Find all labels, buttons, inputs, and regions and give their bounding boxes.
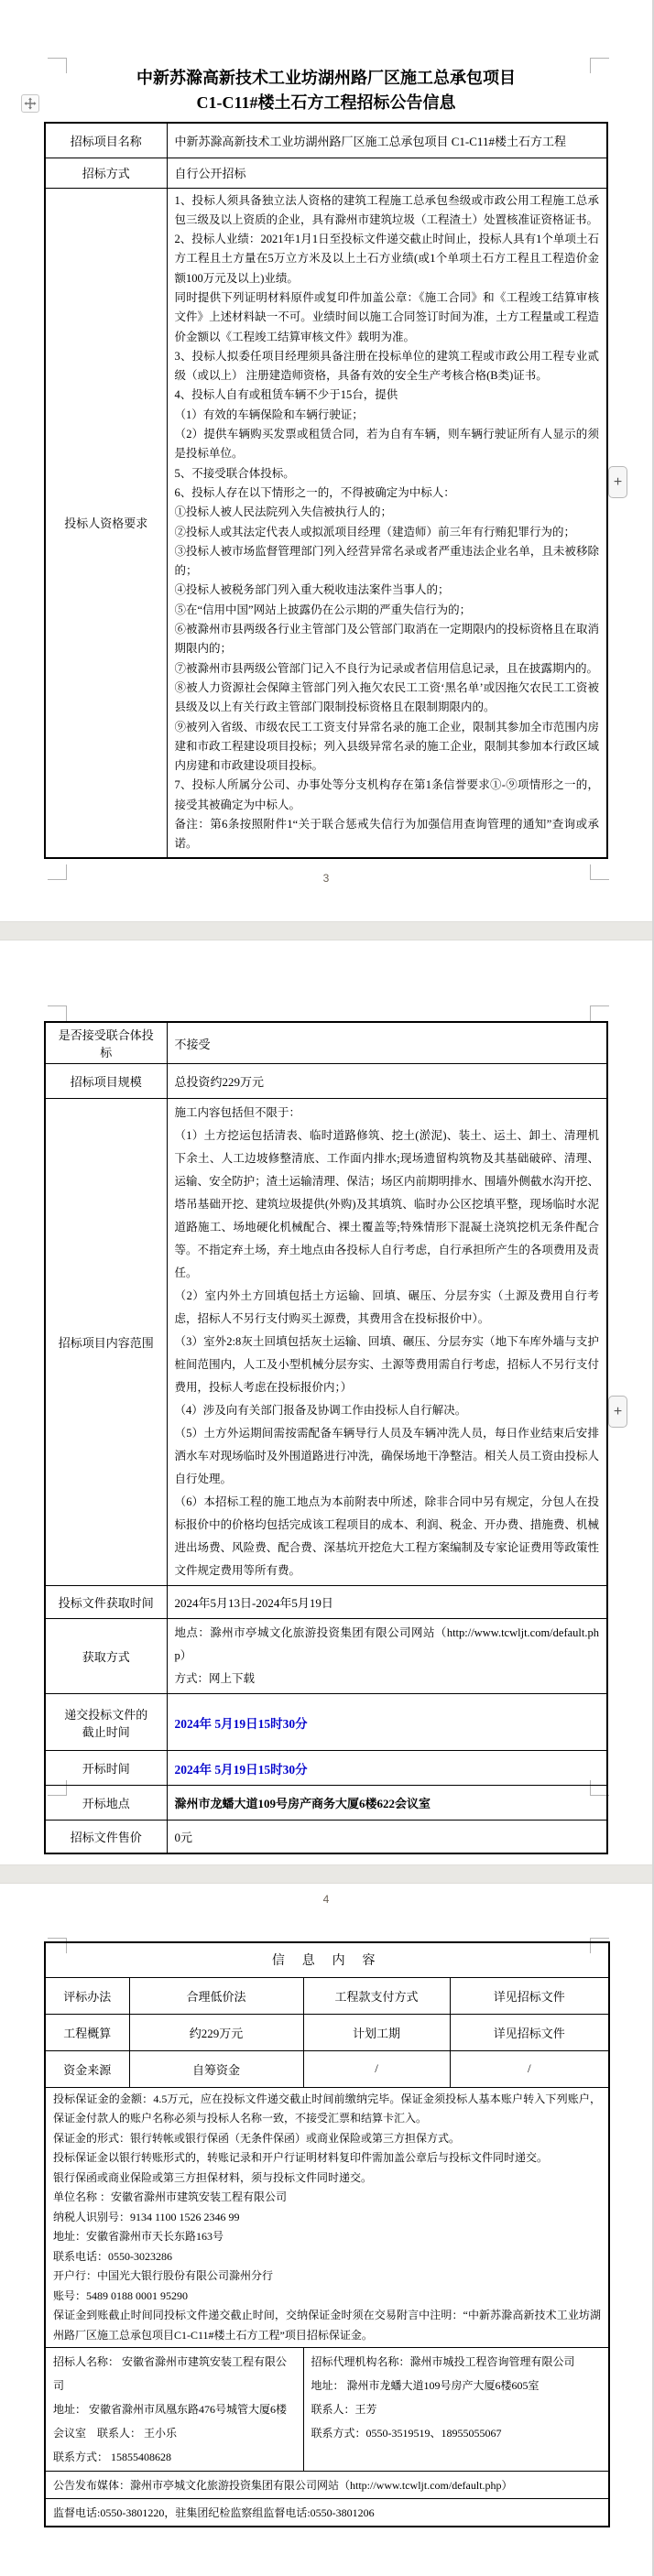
paragraph: 地址： 安徽省滁州市凤凰东路476号城管大厦6楼会议室 联系人： 王小乐 bbox=[53, 2397, 296, 2445]
paragraph: 开户行：中国光大银行股份有限公司滁州分行 bbox=[53, 2266, 601, 2287]
paragraph: 备注：第6条按照附件1“关于联合惩戒失信行为加强信用查询管理的通知”查询或承诺。 bbox=[175, 815, 600, 854]
paragraph: 投标保证金的金额：4.5万元，应在投标文件递交截止时间前缴纳完毕。保证金须投标人… bbox=[53, 2090, 601, 2129]
expand-plus-button-2[interactable]: + bbox=[608, 1396, 627, 1428]
paragraph: （4）涉及向有关部门报备及协调工作由投标人自行解决。 bbox=[175, 1399, 600, 1422]
paragraph: 方式：网上下载 bbox=[175, 1668, 600, 1690]
paragraph: 联系人：王芳 bbox=[311, 2397, 602, 2421]
page-separator-1 bbox=[0, 921, 654, 940]
payment-method-label: 工程款支付方式 bbox=[303, 1977, 450, 2014]
paragraph: ②投标人或其法定代表人或拟派项目经理（建造师）前三年有行贿犯罪行为的； bbox=[175, 523, 600, 542]
page-number-4: 4 bbox=[44, 1893, 608, 1906]
paragraph: 地址： 滁州市龙蟠大道109号房产大厦6楼605室 bbox=[311, 2374, 602, 2397]
paragraph: 地址：安徽省滁州市天长东路163号 bbox=[53, 2227, 601, 2247]
paragraph: （1）土方挖运包括清表、临时道路修筑、挖土(淤泥)、装土、运土、卸土、清理机下余… bbox=[175, 1125, 600, 1285]
paragraph: （2）提供车辆购买发票或租赁合同，若为自有车辆，则车辆行驶证所有人显示的须是投标… bbox=[175, 425, 600, 464]
row-scope: 招标项目内容范围 施工内容包括但不限于：（1）土方挖运包括清表、临时道路修筑、挖… bbox=[45, 1099, 607, 1586]
project-name-label: 招标项目名称 bbox=[45, 123, 167, 158]
paragraph: ⑧被人力资源社会保障主管部门列入拖欠农民工工资‘黑名单’或因拖欠农民工工资被县级… bbox=[175, 679, 600, 718]
tender-method-label: 招标方式 bbox=[45, 158, 167, 188]
row-supervision-phone: 监督电话:0550-3801220，驻集团纪检监察组监督电话:0550-3801… bbox=[45, 2499, 609, 2527]
schedule-value: 详见招标文件 bbox=[450, 2014, 609, 2050]
paragraph: ①投标人被人民法院列入失信被执行人的； bbox=[175, 503, 600, 522]
paragraph: 联系电话：0550-3023286 bbox=[53, 2247, 601, 2267]
bidder-qualification-label: 投标人资格要求 bbox=[45, 188, 167, 858]
info-header: 信 息 内 容 bbox=[45, 1942, 609, 1977]
obtain-method-value: 地点：滁州市亭城文化旅游投资集团有限公司网站（http://www.tcwljt… bbox=[167, 1619, 607, 1694]
submission-deadline-label: 递交投标文件的截止时间 bbox=[45, 1694, 167, 1751]
bidder-info: 招标人名称： 安徽省滁州市建筑安装工程有限公司地址： 安徽省滁州市凤凰东路476… bbox=[45, 2348, 303, 2472]
funding-slash-2: / bbox=[450, 2050, 609, 2087]
tender-details-table: 是否接受联合体投标 不接受 招标项目规模 总投资约229万元 招标项目内容范围 … bbox=[44, 1021, 608, 1854]
table-move-handle[interactable] bbox=[21, 94, 39, 113]
opening-time-label: 开标时间 bbox=[45, 1751, 167, 1786]
budget-value: 约229万元 bbox=[129, 2014, 303, 2050]
paragraph: （1）有效的车辆保险和车辆行驶证； bbox=[175, 406, 600, 425]
row-joint-venture: 是否接受联合体投标 不接受 bbox=[45, 1022, 607, 1064]
paragraph: 保证金到账截止时间同投标文件递交截止时间，交纳保证金时须在交易附言中注明：“中新… bbox=[53, 2306, 601, 2345]
row-bidder-qualification: 投标人资格要求 1、投标人须具备独立法人资格的建筑工程施工总承包叁级或市政公用工… bbox=[45, 188, 607, 858]
row-submission-deadline: 递交投标文件的截止时间 2024年 5月19日15时30分 bbox=[45, 1694, 607, 1751]
paragraph: 地点：滁州市亭城文化旅游投资集团有限公司网站（http://www.tcwljt… bbox=[175, 1622, 600, 1668]
paragraph: 投标保证金以银行转账形式的，转账记录和开户行证明材料复印件需加盖公章后与投标文件… bbox=[53, 2148, 601, 2168]
funding-slash-1: / bbox=[303, 2050, 450, 2087]
deposit-content: 投标保证金的金额：4.5万元，应在投标文件递交截止时间前缴纳完毕。保证金须投标人… bbox=[45, 2087, 609, 2348]
budget-label: 工程概算 bbox=[45, 2014, 129, 2050]
opening-place-value: 滁州市龙蟠大道109号房产商务大厦6楼622会议室 bbox=[167, 1786, 607, 1821]
paragraph: ⑨被列入省级、市级农民工工资支付异常名录的施工企业，限制其参加全市范围内房建和市… bbox=[175, 718, 600, 777]
paragraph: ⑤在“信用中国”网站上披露仍在公示期的严重失信行为的； bbox=[175, 601, 600, 620]
paragraph: 3、投标人拟委任项目经理须具备注册在投标单位的建筑工程或市政公用工程专业贰级（或… bbox=[175, 347, 600, 386]
paragraph: （5）土方外运期间需按需配备车辆导行人员及车辆冲洗人员，每日作业结束后安排洒水车… bbox=[175, 1422, 600, 1491]
paragraph: （2）室内外土方回填包括土方运输、回填、碾压、分层夯实（土源及费用自行考虑，招标… bbox=[175, 1285, 600, 1331]
document-price-value: 0元 bbox=[167, 1821, 607, 1853]
document-canvas: + + 中新苏滁高新技术工业坊湖州路厂区施工总承包项目 C1-C11#楼土石方工… bbox=[0, 0, 654, 2576]
agency-info: 招标代理机构名称：滁州市城投工程咨询管理有限公司地址： 滁州市龙蟠大道109号房… bbox=[303, 2348, 609, 2472]
row-obtain-method: 获取方式 地点：滁州市亭城文化旅游投资集团有限公司网站（http://www.t… bbox=[45, 1619, 607, 1694]
paragraph: 保证金的形式：银行转帐或银行保函（无条件保函）或商业保险或第三方担保方式。 bbox=[53, 2129, 601, 2149]
paragraph: 同时提供下列证明材料原件或复印件加盖公章：《施工合同》和《工程竣工结算审核文件》… bbox=[175, 288, 600, 347]
evaluation-method-label: 评标办法 bbox=[45, 1977, 129, 2014]
payment-method-value: 详见招标文件 bbox=[450, 1977, 609, 2014]
row-opening-place: 开标地点 滁州市龙蟠大道109号房产商务大厦6楼622会议室 bbox=[45, 1786, 607, 1821]
page-2: 是否接受联合体投标 不接受 招标项目规模 总投资约229万元 招标项目内容范围 … bbox=[44, 1021, 608, 1906]
row-evaluation: 评标办法 合理低价法 工程款支付方式 详见招标文件 bbox=[45, 1977, 609, 2014]
paragraph: 联系方式： 15855408628 bbox=[53, 2445, 296, 2469]
paragraph: ③投标人被市场监督管理部门列入经营异常名录或者严重违法企业名单，且未被移除的； bbox=[175, 542, 600, 582]
row-parties: 招标人名称： 安徽省滁州市建筑安装工程有限公司地址： 安徽省滁州市凤凰东路476… bbox=[45, 2348, 609, 2472]
paragraph: 纳税人识别号：9134 1100 1526 2346 99 bbox=[53, 2208, 601, 2228]
funding-label: 资金来源 bbox=[45, 2050, 129, 2087]
row-document-price: 招标文件售价 0元 bbox=[45, 1821, 607, 1853]
expand-plus-button-1[interactable]: + bbox=[608, 466, 627, 498]
paragraph: 单位名称 ：安徽省滁州市建筑安装工程有限公司 bbox=[53, 2188, 601, 2208]
joint-venture-value: 不接受 bbox=[167, 1022, 607, 1064]
paragraph: 招标代理机构名称：滁州市城投工程咨询管理有限公司 bbox=[311, 2350, 602, 2374]
row-info-header: 信 息 内 容 bbox=[45, 1942, 609, 1977]
row-opening-time: 开标时间 2024年 5月19日15时30分 bbox=[45, 1751, 607, 1786]
schedule-label: 计划工期 bbox=[303, 2014, 450, 2050]
paragraph: 1、投标人须具备独立法人资格的建筑工程施工总承包叁级或市政公用工程施工总承包三级… bbox=[175, 191, 600, 231]
info-content-table: 信 息 内 容 评标办法 合理低价法 工程款支付方式 详见招标文件 工程概算 约… bbox=[44, 1941, 610, 2527]
bidder-qualification-content: 1、投标人须具备独立法人资格的建筑工程施工总承包叁级或市政公用工程施工总承包三级… bbox=[167, 188, 607, 858]
row-budget: 工程概算 约229万元 计划工期 详见招标文件 bbox=[45, 2014, 609, 2050]
opening-place-label: 开标地点 bbox=[45, 1786, 167, 1821]
announcement-media: 公告发布媒体：滁州市亭城文化旅游投资集团有限公司网站（http://www.tc… bbox=[45, 2472, 609, 2499]
document-price-label: 招标文件售价 bbox=[45, 1821, 167, 1853]
supervision-phone: 监督电话:0550-3801220，驻集团纪检监察组监督电话:0550-3801… bbox=[45, 2499, 609, 2527]
joint-venture-label: 是否接受联合体投标 bbox=[45, 1022, 167, 1064]
document-time-label: 投标文件获取时间 bbox=[45, 1586, 167, 1619]
obtain-method-label: 获取方式 bbox=[45, 1619, 167, 1694]
document-time-value: 2024年5月13日-2024年5月19日 bbox=[167, 1586, 607, 1619]
scope-content: 施工内容包括但不限于：（1）土方挖运包括清表、临时道路修筑、挖土(淤泥)、装土、… bbox=[167, 1099, 607, 1586]
move-arrows-icon bbox=[24, 97, 37, 110]
paragraph: 施工内容包括但不限于： bbox=[175, 1102, 600, 1125]
document-title-line2: C1-C11#楼土石方工程招标公告信息 bbox=[44, 91, 608, 115]
page-1: 中新苏滁高新技术工业坊湖州路厂区施工总承包项目 C1-C11#楼土石方工程招标公… bbox=[44, 66, 608, 885]
paragraph: （3）室外2:8灰土回填包括灰土运输、回填、碾压、分层夯实（地下车库外墙与支护桩… bbox=[175, 1331, 600, 1399]
scope-label: 招标项目内容范围 bbox=[45, 1099, 167, 1586]
submission-deadline-value: 2024年 5月19日15时30分 bbox=[167, 1694, 607, 1751]
row-tender-method: 招标方式 自行公开招标 bbox=[45, 158, 607, 188]
project-scale-label: 招标项目规模 bbox=[45, 1064, 167, 1099]
paragraph: 7、投标人所属分公司、办事处等分支机构存在第1条信誉要求①-⑨项情形之一的，接受… bbox=[175, 776, 600, 815]
paragraph: （6）本招标工程的施工地点为本前附表中所述，除非合同中另有规定，分包人在投标报价… bbox=[175, 1491, 600, 1582]
paragraph: 账号：5489 0188 0001 95290 bbox=[53, 2287, 601, 2307]
project-scale-value: 总投资约229万元 bbox=[167, 1064, 607, 1099]
row-funding: 资金来源 自筹资金 / / bbox=[45, 2050, 609, 2087]
paragraph: ⑦被滁州市县两级公管部门记入不良行为记录或者信用信息记录，且在披露期内的。 bbox=[175, 659, 600, 679]
paragraph: 2、投标人业绩：2021年1月1日至投标文件递交截止时间止，投标人具有1个单项土… bbox=[175, 230, 600, 288]
paragraph: ④投标人被税务部门列入重大税收违法案件当事人的； bbox=[175, 581, 600, 600]
opening-time-value: 2024年 5月19日15时30分 bbox=[167, 1751, 607, 1786]
row-deposit: 投标保证金的金额：4.5万元，应在投标文件递交截止时间前缴纳完毕。保证金须投标人… bbox=[45, 2087, 609, 2348]
paragraph: 5、不接受联合体投标。 bbox=[175, 464, 600, 484]
tender-method-value: 自行公开招标 bbox=[167, 158, 607, 188]
page2-top-left-crop-mark bbox=[48, 1005, 67, 1021]
funding-value: 自筹资金 bbox=[129, 2050, 303, 2087]
evaluation-method-value: 合理低价法 bbox=[129, 1977, 303, 2014]
paragraph: 联系方式：0550-3519519、18955055067 bbox=[311, 2421, 602, 2445]
tender-notice-table: 招标项目名称 中新苏滁高新技术工业坊湖州路厂区施工总承包项目 C1-C11#楼土… bbox=[44, 122, 608, 859]
page-number-3: 3 bbox=[44, 872, 608, 885]
document-title: 中新苏滁高新技术工业坊湖州路厂区施工总承包项目 C1-C11#楼土石方工程招标公… bbox=[44, 66, 608, 115]
row-project-name: 招标项目名称 中新苏滁高新技术工业坊湖州路厂区施工总承包项目 C1-C11#楼土… bbox=[45, 123, 607, 158]
paragraph: 4、投标人自有或租赁车辆不少于15台，提供 bbox=[175, 386, 600, 405]
project-name-value: 中新苏滁高新技术工业坊湖州路厂区施工总承包项目 C1-C11#楼土石方工程 bbox=[167, 123, 607, 158]
paragraph: 招标人名称： 安徽省滁州市建筑安装工程有限公司 bbox=[53, 2350, 296, 2397]
row-document-time: 投标文件获取时间 2024年5月13日-2024年5月19日 bbox=[45, 1586, 607, 1619]
document-title-line1: 中新苏滁高新技术工业坊湖州路厂区施工总承包项目 bbox=[44, 66, 608, 91]
paragraph: 银行保函或商业保险或第三方担保材料，须与投标文件同时递交。 bbox=[53, 2168, 601, 2189]
row-announcement-media: 公告发布媒体：滁州市亭城文化旅游投资集团有限公司网站（http://www.tc… bbox=[45, 2472, 609, 2499]
paragraph: ⑥被滁州市县两级各行业主管部门及公管部门取消在一定期限内的投标资格且在取消期限内… bbox=[175, 620, 600, 659]
row-project-scale: 招标项目规模 总投资约229万元 bbox=[45, 1064, 607, 1099]
paragraph: 6、投标人存在以下情形之一的，不得被确定为中标人： bbox=[175, 484, 600, 503]
page-3: 信 息 内 容 评标办法 合理低价法 工程款支付方式 详见招标文件 工程概算 约… bbox=[44, 1941, 608, 2527]
page2-top-right-crop-mark bbox=[590, 1005, 609, 1021]
